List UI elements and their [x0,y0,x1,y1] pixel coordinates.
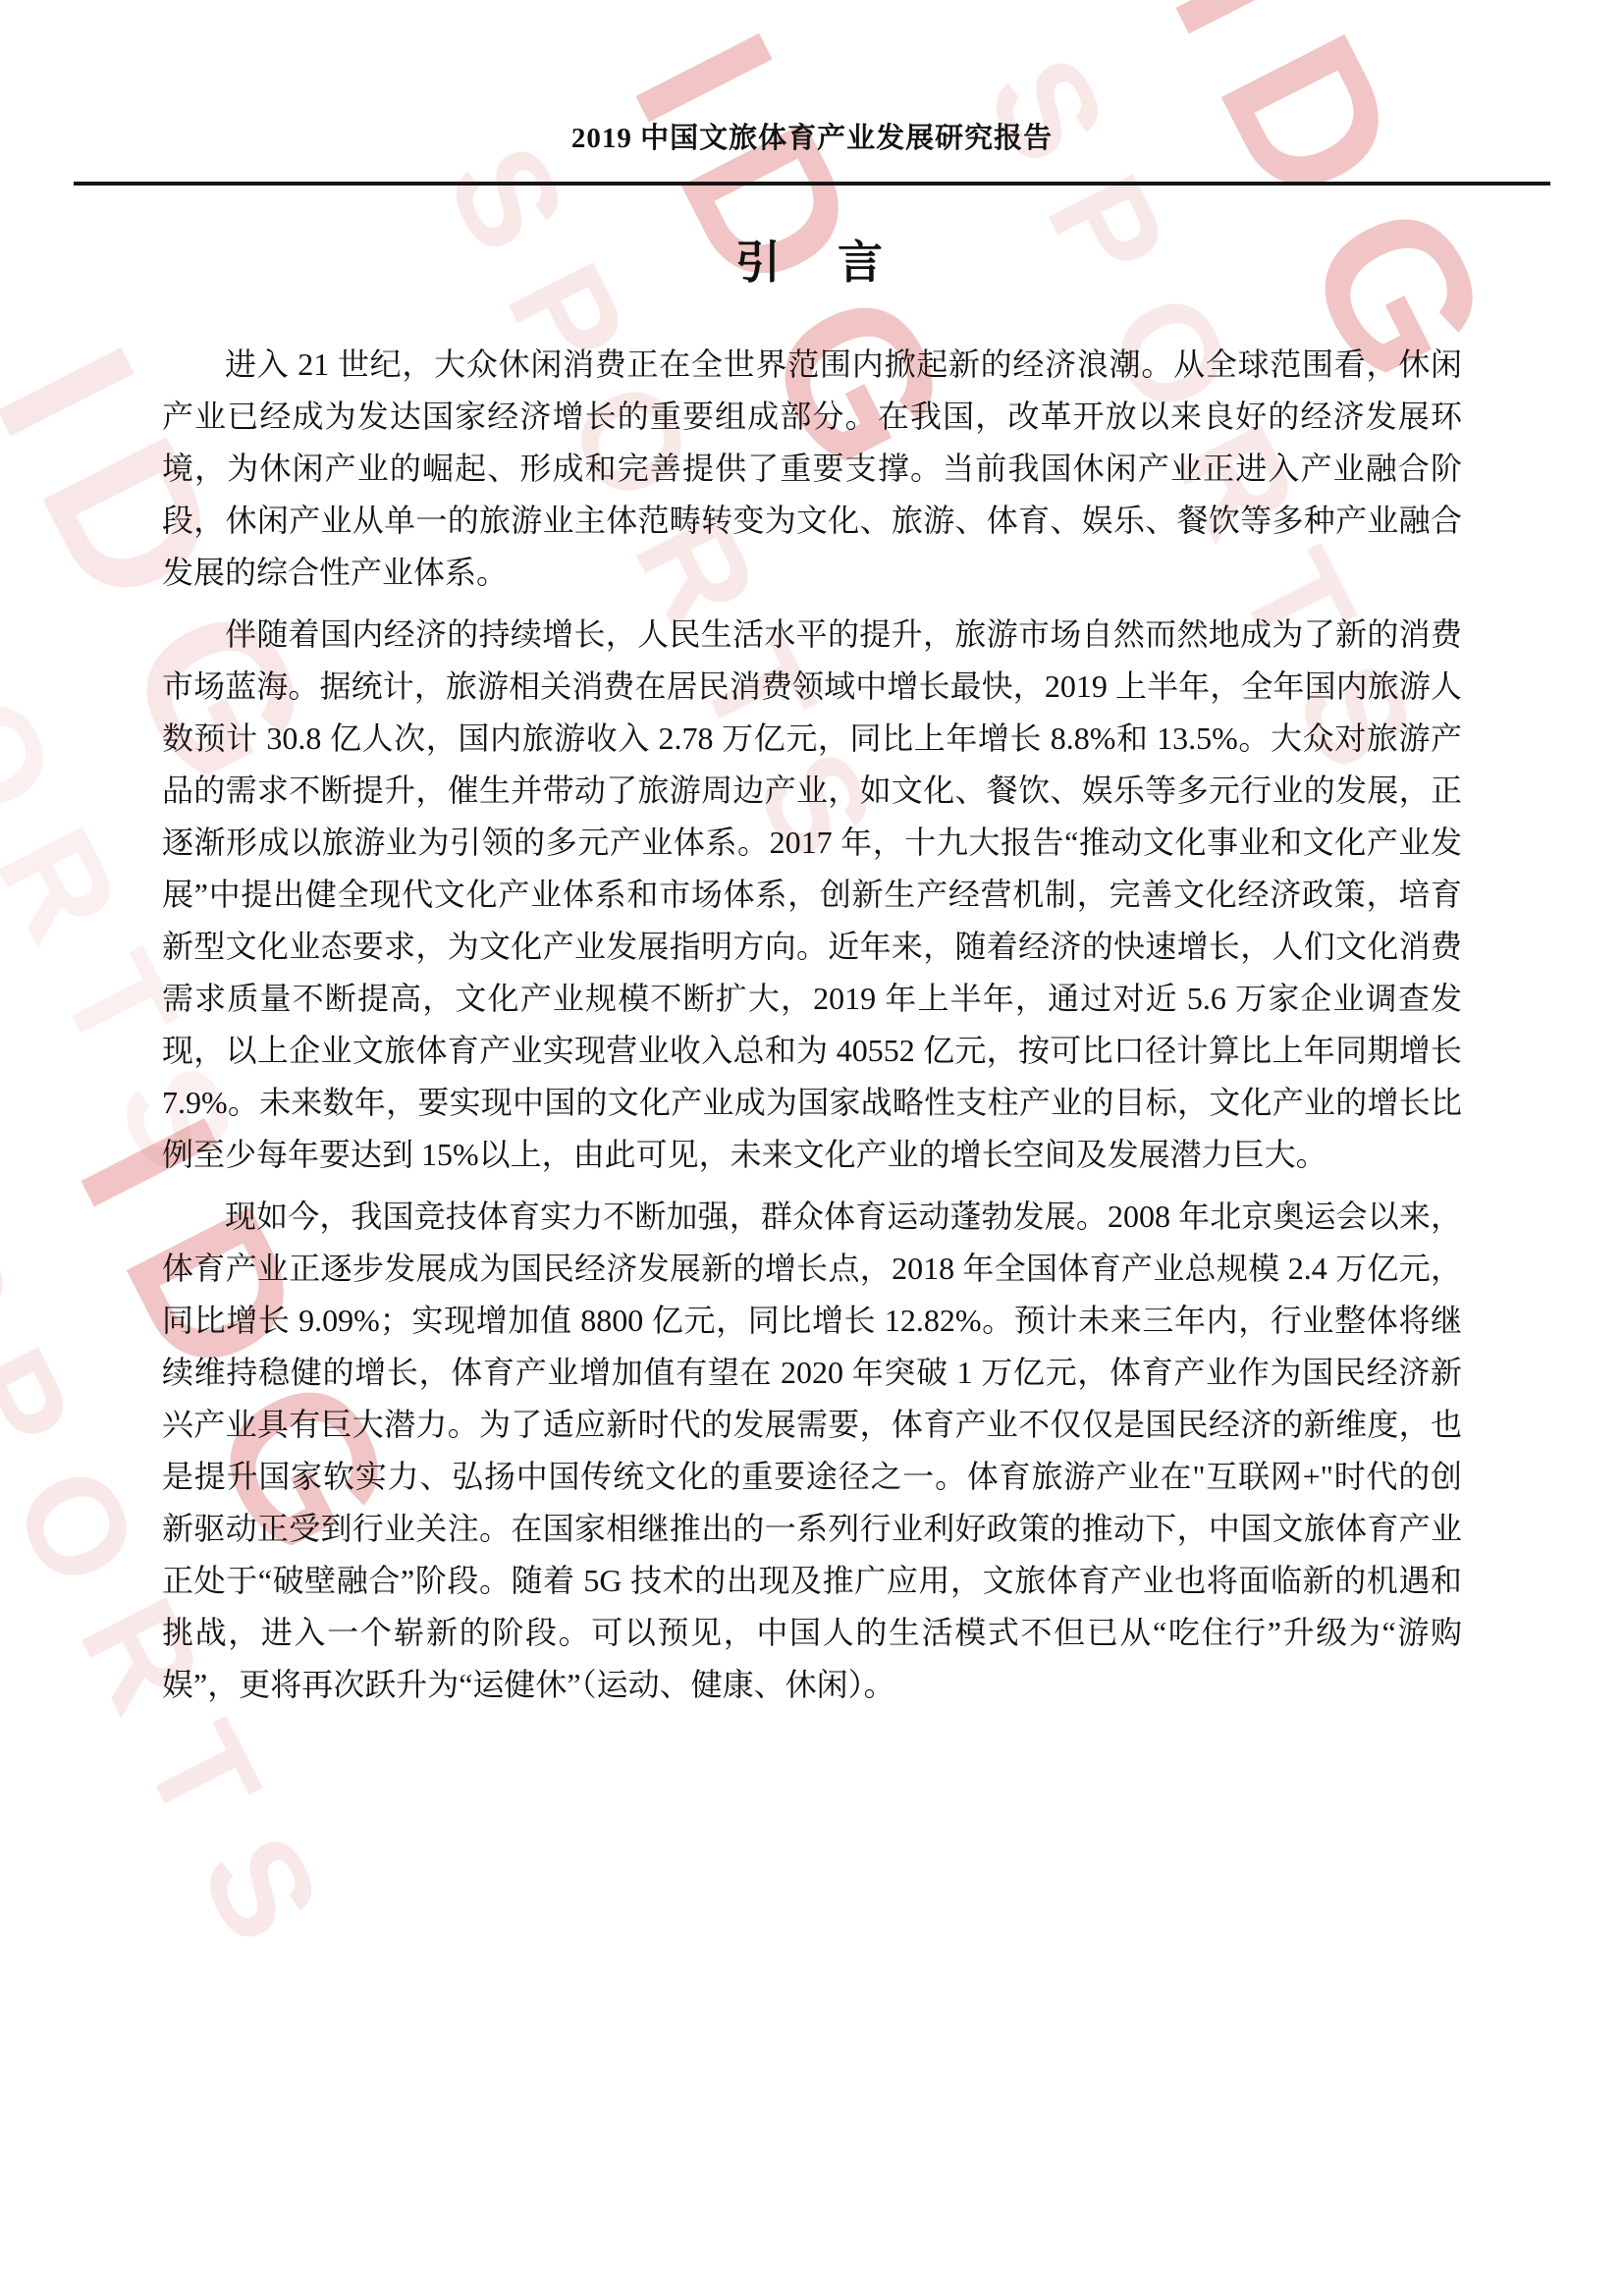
document-body: 进入 21 世纪，大众休闲消费正在全世界范围内掀起新的经济浪潮。从全球范围看，休… [162,339,1462,1711]
paragraph: 现如今，我国竞技体育实力不断加强，群众体育运动蓬勃发展。2008 年北京奥运会以… [162,1191,1462,1711]
document-title: 引 言 [0,227,1624,292]
page-header-title: 2019 中国文旅体育产业发展研究报告 [571,123,1053,154]
page-header: 2019 中国文旅体育产业发展研究报告 [0,0,1624,156]
document-content: 2019 中国文旅体育产业发展研究报告 引 言 进入 21 世纪，大众休闲消费正… [0,0,1624,1711]
header-divider [74,182,1550,186]
paragraph: 进入 21 世纪，大众休闲消费正在全世界范围内掀起新的经济浪潮。从全球范围看，休… [162,339,1462,599]
paragraph: 伴随着国内经济的持续增长，人民生活水平的提升，旅游市场自然而然地成为了新的消费市… [162,609,1462,1181]
report-page: IDG SPORTS IDG SPORTS IDG SPORTS IDG SPO… [0,0,1624,2296]
